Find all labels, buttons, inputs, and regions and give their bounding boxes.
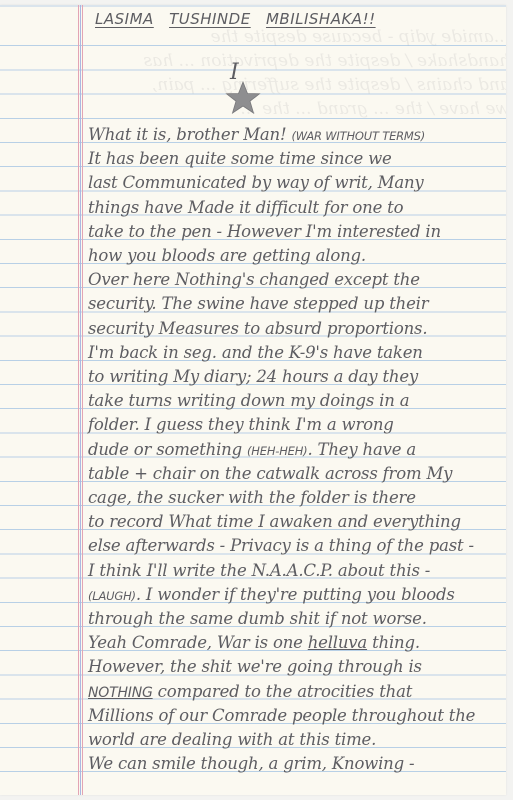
line-text: Over here Nothing's changed except the — [88, 270, 420, 289]
line-text: cage, the sucker with the folder is ther… — [88, 488, 416, 507]
line-text: thing. — [367, 633, 420, 652]
line-text: things have Made it difficult for one to — [88, 198, 403, 217]
margin-line-red — [82, 5, 83, 795]
header-word: LASIMA — [95, 10, 154, 28]
letter-line: through the same dumb shit if not worse. — [88, 609, 427, 628]
line-text: What it is, brother Man! — [88, 125, 291, 144]
letter-line: folder. I guess they think I'm a wrong — [88, 415, 394, 434]
line-text: security Measures to absurd proportions. — [88, 319, 427, 338]
line-text: folder. I guess they think I'm a wrong — [88, 415, 394, 434]
letter-line: take turns writing down my doings in a — [88, 391, 409, 410]
line-text: However, the shit we're going through is — [88, 657, 422, 676]
letter-line: I think I'll write the N.A.A.C.P. about … — [88, 561, 430, 580]
aside-text: (WAR WITHOUT TERMS) — [291, 129, 425, 143]
letter-line: However, the shit we're going through is — [88, 657, 422, 676]
line-text: to record What time I awaken and everyth… — [88, 512, 461, 531]
underlined-word: helluva — [308, 633, 367, 652]
letter-line: security Measures to absurd proportions. — [88, 319, 427, 338]
letter-line: Over here Nothing's changed except the — [88, 270, 420, 289]
margin-line-red — [78, 5, 79, 795]
letter-line: Millions of our Comrade people throughou… — [88, 706, 475, 725]
letter-line: things have Made it difficult for one to — [88, 198, 403, 217]
letter-line: to record What time I awaken and everyth… — [88, 512, 461, 531]
letter-header: LASIMA TUSHINDE MBILISHAKA!! — [95, 10, 386, 28]
line-text: last Communicated by way of writ, Many — [88, 173, 424, 192]
aside-text: (LAUGH) — [88, 589, 136, 603]
margin-line-blue — [80, 5, 81, 795]
aside-text: (HEH-HEH) — [247, 444, 307, 458]
underlined-word: NOTHING — [88, 685, 153, 701]
line-text: It has been quite some time since we — [88, 149, 392, 168]
letter-line: NOTHING compared to the atrocities that — [88, 682, 412, 701]
line-text: table + chair on the catwalk across from… — [88, 464, 452, 483]
line-text: take turns writing down my doings in a — [88, 391, 409, 410]
line-text: through the same dumb shit if not worse. — [88, 609, 427, 628]
letter-line: (LAUGH). I wonder if they're putting you… — [88, 585, 455, 604]
line-text: I'm back in seg. and the K-9's have take… — [88, 343, 423, 362]
bleed-through-text: ...amide ydip - because despite the hand… — [140, 25, 506, 125]
line-text: Yeah Comrade, War is one — [88, 633, 308, 652]
letter-line: We can smile though, a grim, Knowing - — [88, 754, 414, 773]
letter-line: take to the pen - However I'm interested… — [88, 222, 441, 241]
header-word: MBILISHAKA!! — [266, 10, 376, 28]
line-text: Millions of our Comrade people throughou… — [88, 706, 475, 725]
line-text: We can smile though, a grim, Knowing - — [88, 754, 414, 773]
line-text: else afterwards - Privacy is a thing of … — [88, 536, 474, 555]
letter-line: table + chair on the catwalk across from… — [88, 464, 452, 483]
letter-line: how you bloods are getting along. — [88, 246, 366, 265]
line-text: to writing My diary; 24 hours a day they — [88, 367, 418, 386]
notebook-page: ...amide ydip - because despite the hand… — [0, 5, 506, 795]
letter-line: Yeah Comrade, War is one helluva thing. — [88, 633, 420, 652]
line-text: I think I'll write the N.A.A.C.P. about … — [88, 561, 430, 580]
line-text: . They have a — [307, 440, 416, 459]
line-text: how you bloods are getting along. — [88, 246, 366, 265]
letter-line: world are dealing with at this time. — [88, 730, 376, 749]
letter-line: to writing My diary; 24 hours a day they — [88, 367, 418, 386]
star-icon — [225, 80, 261, 116]
line-text: . I wonder if they're putting you bloods — [136, 585, 455, 604]
line-text: dude or something — [88, 440, 247, 459]
letter-line: I'm back in seg. and the K-9's have take… — [88, 343, 423, 362]
letter-line: What it is, brother Man! (WAR WITHOUT TE… — [88, 125, 425, 144]
line-text: security. The swine have stepped up thei… — [88, 294, 428, 313]
letter-line: security. The swine have stepped up thei… — [88, 294, 428, 313]
letter-line: else afterwards - Privacy is a thing of … — [88, 536, 474, 555]
letter-line: cage, the sucker with the folder is ther… — [88, 488, 416, 507]
line-text: world are dealing with at this time. — [88, 730, 376, 749]
line-text: compared to the atrocities that — [153, 682, 413, 701]
header-word: TUSHINDE — [169, 10, 251, 28]
letter-line: last Communicated by way of writ, Many — [88, 173, 424, 192]
letter-line: dude or something (HEH-HEH). They have a — [88, 440, 416, 459]
letter-line: It has been quite some time since we — [88, 149, 392, 168]
line-text: take to the pen - However I'm interested… — [88, 222, 441, 241]
